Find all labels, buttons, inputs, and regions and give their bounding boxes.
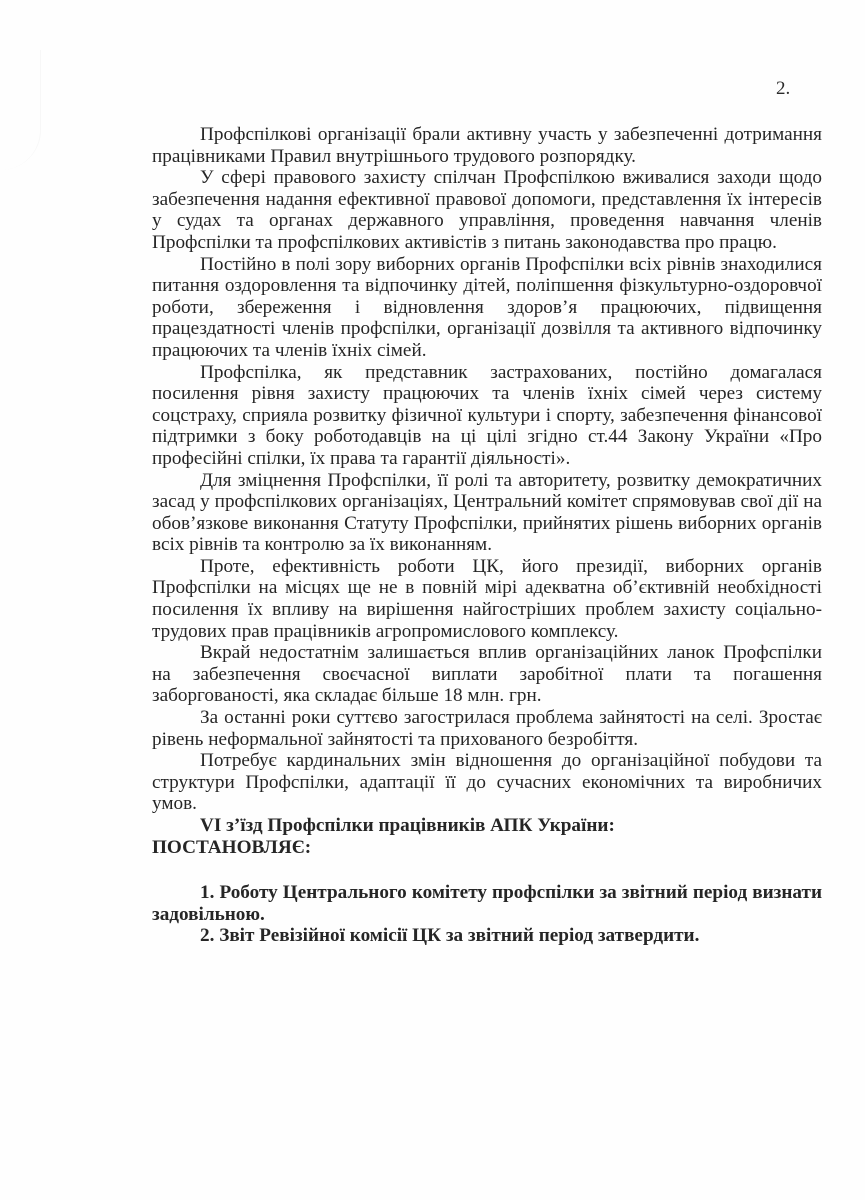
paragraph: За останні роки суттєво загострилася про… — [152, 707, 822, 750]
page-number: 2. — [776, 78, 790, 100]
paragraph: Для зміцнення Профспілки, її ролі та авт… — [152, 470, 822, 556]
spacer — [152, 858, 822, 882]
resolution-decree: ПОСТАНОВЛЯЄ: — [152, 837, 822, 859]
resolution-block: VI з’їзд Профспілки працівників АПК Укра… — [152, 815, 822, 947]
document-body: Профспілкові організації брали активну у… — [152, 124, 822, 947]
resolution-heading: VI з’їзд Профспілки працівників АПК Укра… — [152, 815, 822, 837]
paragraph: У сфері правового захисту спілчан Профсп… — [152, 167, 822, 253]
paragraph: Потребує кардинальних змін відношення до… — [152, 750, 822, 815]
paragraph: Вкрай недостатнім залишається вплив орга… — [152, 642, 822, 707]
paragraph: Постійно в полі зору виборних органів Пр… — [152, 254, 822, 362]
paragraph: Проте, ефективність роботи ЦК, його през… — [152, 556, 822, 642]
resolution-item: 2. Звіт Ревізійної комісії ЦК за звітний… — [152, 925, 822, 947]
scan-artifact — [0, 50, 41, 170]
paragraph: Профспілкові організації брали активну у… — [152, 124, 822, 167]
document-page: 2. Профспілкові організації брали активн… — [0, 0, 865, 1200]
resolution-item: 1. Роботу Центрального комітету профспіл… — [152, 882, 822, 925]
paragraph: Профспілка, як представник застрахованих… — [152, 362, 822, 470]
